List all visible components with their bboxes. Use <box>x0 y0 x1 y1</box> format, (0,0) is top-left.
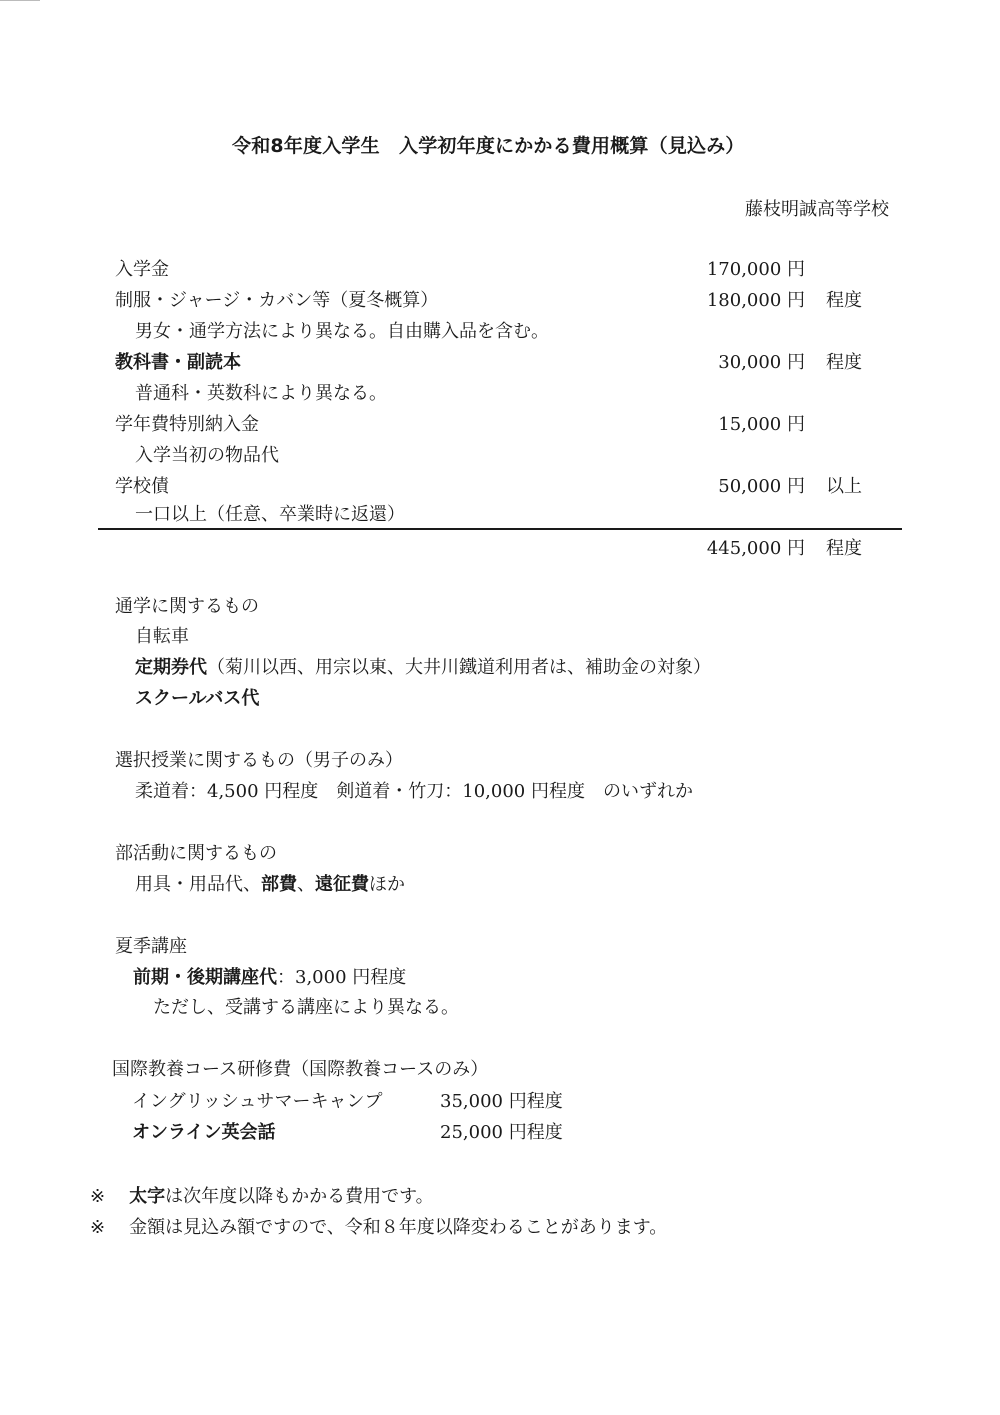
fee-qualifier-textbooks: 程度 <box>826 351 862 375</box>
fee-amount-uniform: 180,000 円 <box>665 289 805 313</box>
scan-edge <box>0 0 40 1</box>
fee-note-school-bond: 一口以上（任意、卒業時に返還） <box>135 503 405 527</box>
fee-total-amount: 445,000 円 <box>665 537 805 561</box>
club-line: 用具・用品代、部費、遠征費ほか <box>135 873 405 897</box>
fee-total-qualifier: 程度 <box>826 537 862 561</box>
club-equipment: 用具・用品代、 <box>135 874 261 895</box>
note-mark: ※ <box>90 1217 105 1238</box>
fee-note-grade-fee: 入学当初の物品代 <box>135 444 279 468</box>
commute-pass-note: （菊川以西、用宗以東、大井川鐵道利用者は、補助金の対象） <box>207 657 711 678</box>
summer-value: ：3,000 円程度 <box>277 967 406 988</box>
club-sep: 、 <box>297 874 315 895</box>
commute-item-pass: 定期券代（菊川以西、用宗以東、大井川鐵道利用者は、補助金の対象） <box>135 656 711 680</box>
fee-amount-textbooks: 30,000 円 <box>665 351 805 375</box>
intl-heading: 国際教養コース研修費（国際教養コースのみ） <box>112 1058 488 1082</box>
fee-label-school-bond: 学校債 <box>115 475 169 499</box>
document-page: 令和8年度入学生 入学初年度にかかる費用概算（見込み） 藤枝明誠高等学校 入学金… <box>0 0 1000 1415</box>
note-bold: 太字 <box>129 1186 165 1207</box>
fee-amount-school-bond: 50,000 円 <box>665 475 805 499</box>
summer-heading: 夏季講座 <box>115 935 187 959</box>
fee-label-uniform: 制服・ジャージ・カバン等（夏冬概算） <box>115 289 438 313</box>
commute-item-bicycle: 自転車 <box>135 625 189 649</box>
school-name: 藤枝明誠高等学校 <box>745 198 889 222</box>
fee-amount-grade-fee: 15,000 円 <box>665 413 805 437</box>
intl-item-camp: イングリッシュサマーキャンプ <box>132 1090 383 1114</box>
fee-label-grade-fee: 学年費特別納入金 <box>115 413 259 437</box>
fee-label-admission: 入学金 <box>115 258 169 282</box>
note-2: ※金額は見込み額ですので、令和８年度以降変わることがあります。 <box>90 1213 667 1239</box>
club-fee: 部費 <box>261 874 297 895</box>
summer-line: 前期・後期講座代：3,000 円程度 <box>133 966 406 990</box>
elective-heading: 選択授業に関するもの（男子のみ） <box>115 749 403 773</box>
commute-pass-label: 定期券代 <box>135 657 207 678</box>
club-etc: ほか <box>369 874 405 895</box>
note-1: ※太字は次年度以降もかかる費用です。 <box>90 1182 434 1208</box>
total-divider <box>98 528 902 530</box>
commute-heading: 通学に関するもの <box>115 595 259 619</box>
fee-amount-admission: 170,000 円 <box>665 258 805 282</box>
fee-label-textbooks: 教科書・副読本 <box>115 351 241 375</box>
summer-label: 前期・後期講座代 <box>133 967 277 988</box>
note-text: は次年度以降もかかる費用です。 <box>165 1186 434 1207</box>
club-heading: 部活動に関するもの <box>115 842 277 866</box>
intl-amount-camp: 35,000 円程度 <box>440 1090 563 1114</box>
fee-note-uniform: 男女・通学方法により異なる。自由購入品を含む。 <box>135 320 549 344</box>
commute-item-schoolbus: スクールバス代 <box>135 687 259 711</box>
document-title: 令和8年度入学生 入学初年度にかかる費用概算（見込み） <box>232 131 745 158</box>
intl-item-online: オンライン英会話 <box>132 1121 275 1145</box>
club-travel: 遠征費 <box>315 874 369 895</box>
fee-qualifier-school-bond: 以上 <box>826 475 862 499</box>
elective-line: 柔道着：4,500 円程度 剣道着・竹刀：10,000 円程度 のいずれか <box>135 780 693 804</box>
fee-qualifier-uniform: 程度 <box>826 289 862 313</box>
intl-amount-online: 25,000 円程度 <box>440 1121 563 1145</box>
note-text: 金額は見込み額ですので、令和８年度以降変わることがあります。 <box>129 1217 667 1238</box>
summer-note: ただし、受講する講座により異なる。 <box>153 996 459 1020</box>
fee-note-textbooks: 普通科・英数科により異なる。 <box>135 382 387 406</box>
note-mark: ※ <box>90 1186 105 1207</box>
